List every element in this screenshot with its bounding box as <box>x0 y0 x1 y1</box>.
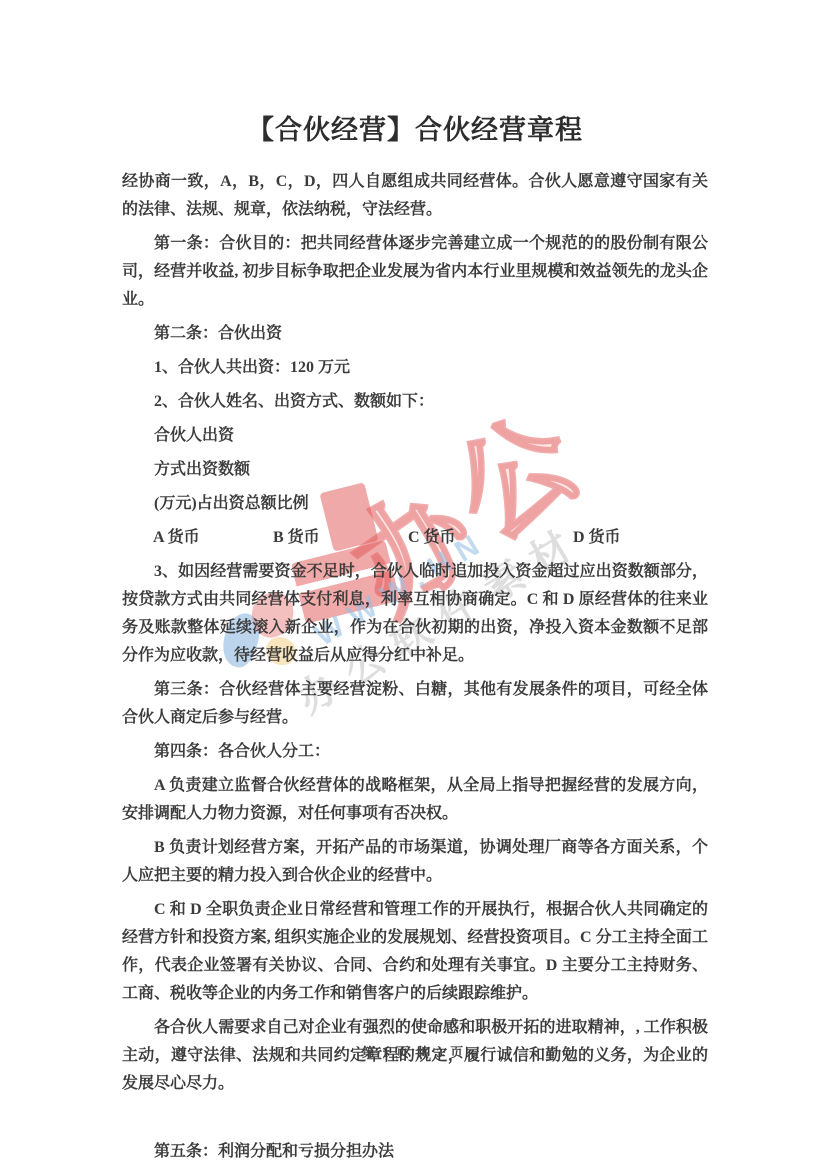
document-title: 【合伙经营】合伙经营章程 <box>122 112 708 148</box>
investor-d: D 货币 <box>573 524 621 552</box>
investor-b: B 货币 <box>273 524 320 552</box>
para-article-5: 第五条：利润分配和亏损分担办法 <box>122 1138 708 1166</box>
para-article-1: 第一条：合伙目的：把共同经营体逐步完善建立成一个规范的的股份制有限公司，经营并收… <box>122 230 708 314</box>
para-table-header-3: (万元)占出资总额比例 <box>122 490 708 518</box>
para-capital-detail: 2、合伙人姓名、出资方式、数额如下： <box>122 388 708 416</box>
investor-c: C 货币 <box>408 524 456 552</box>
para-table-header-1: 合伙人出资 <box>122 422 708 450</box>
para-table-header-2: 方式出资数额 <box>122 456 708 484</box>
investors-row: A 货币 B 货币 C 货币 D 货币 <box>122 524 708 552</box>
para-intro: 经协商一致，A，B，C，D，四人自愿组成共同经营体。合伙人愿意遵守国家有关的法律… <box>122 168 708 224</box>
document-body: 【合伙经营】合伙经营章程 经协商一致，A，B，C，D，四人自愿组成共同经营体。合… <box>122 112 708 1169</box>
para-duty-a: A 负责建立监督合伙经营体的战略框架，从全局上指导把握经营的发展方向，安排调配人… <box>122 772 708 828</box>
para-capital-total: 1、合伙人共出资：120 万元 <box>122 354 708 382</box>
para-extra-funding: 3、如因经营需要资金不足时，合伙人临时追加投入资金超过应出资数额部分，按贷款方式… <box>122 558 708 670</box>
document-page: 办公 WWW.HN 办公软件素材 【合伙经营】合伙经营章程 经协商一致，A，B，… <box>0 0 827 1169</box>
para-article-2: 第二条：合伙出资 <box>122 320 708 348</box>
para-article-4: 第四条：各合伙人分工： <box>122 738 708 766</box>
para-duty-cd: C 和 D 全职负责企业日常经营和管理工作的开展执行，根据合伙人共同确定的经营方… <box>122 896 708 1008</box>
para-duty-b: B 负责计划经营方案，开拓产品的市场渠道，协调处理厂商等各方面关系，个人应把主要… <box>122 834 708 890</box>
para-article-3: 第三条：合伙经营体主要经营淀粉、白糖，其他有发展条件的项目，可经全体合伙人商定后… <box>122 676 708 732</box>
investor-a: A 货币 <box>153 524 200 552</box>
page-number: 第 1 页 共 3 页 <box>0 1042 827 1061</box>
blank-line <box>122 1104 708 1138</box>
